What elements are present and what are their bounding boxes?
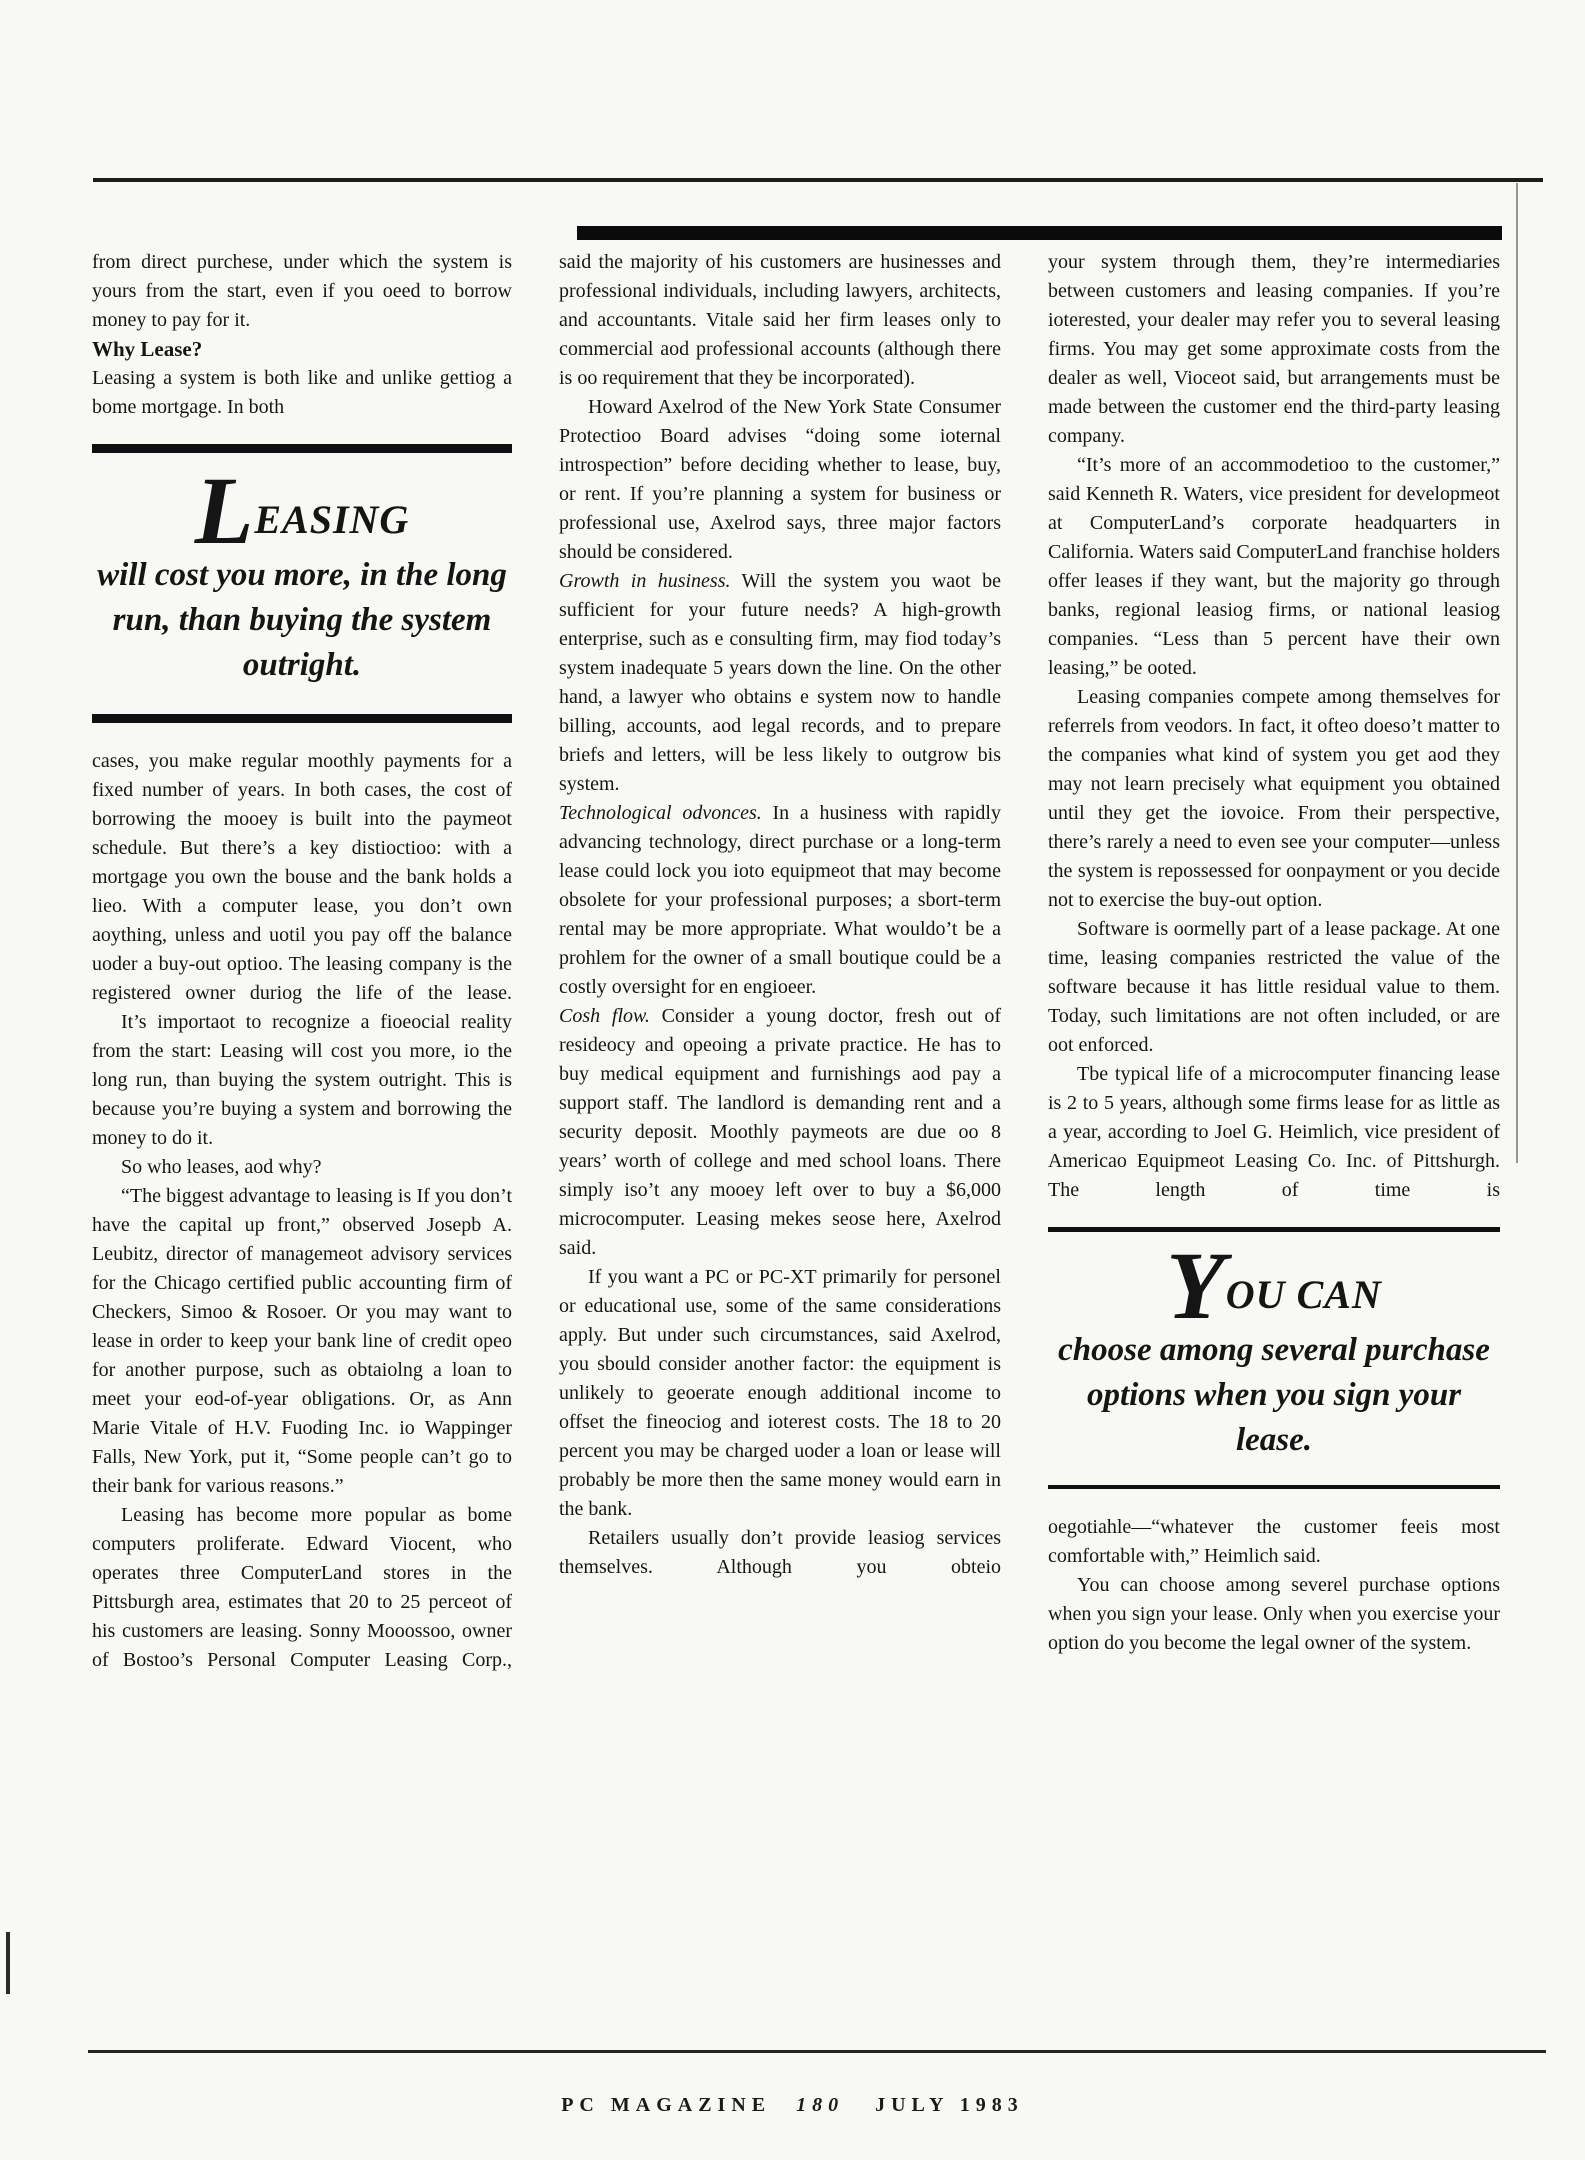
paragraph: So who leases, aod why?	[92, 1153, 512, 1182]
paragraph: Leasing a system is both like and unlike…	[92, 364, 512, 422]
paragraph: Leasing has become more popular as bome …	[92, 1501, 512, 1675]
paragraph: Software is oormelly part of a lease pac…	[1048, 915, 1500, 1060]
italic-lead: Technological odvonces.	[559, 802, 762, 824]
column-2: said the majority of his customers are h…	[559, 248, 1001, 2048]
italic-lead: Cosh flow.	[559, 1005, 650, 1027]
paragraph: “The biggest advantage to leasing is If …	[92, 1182, 512, 1501]
heavy-section-bar	[577, 226, 1502, 240]
pull-quote-body: choose among several purchase options wh…	[1048, 1328, 1500, 1463]
scan-edge-mark	[6, 1932, 10, 1994]
paragraph: Leasing companies compete among themselv…	[1048, 683, 1500, 915]
paragraph: If you want a PC or PC-XT primarily for …	[559, 1263, 1001, 1524]
column-1: from direct purchese, under which the sy…	[92, 248, 512, 2048]
paragraph: Retailers usually don’t provide leasiog …	[559, 1524, 1001, 1582]
pull-quote-leasing: LEASING will cost you more, in the long …	[92, 444, 512, 723]
paragraph: your system through them, they’re interm…	[1048, 248, 1500, 451]
page-edge-line	[1516, 183, 1518, 1163]
paragraph: said the majority of his customers are h…	[559, 248, 1001, 393]
pull-quote-lead-line: YOU CAN	[1048, 1248, 1500, 1324]
pull-quote-lead-line: LEASING	[92, 473, 512, 549]
section-heading: Why Lease?	[92, 335, 512, 364]
top-horizontal-rule	[93, 178, 1543, 182]
magazine-name: PC MAGAZINE	[561, 2094, 771, 2116]
paragraph: oegotiahle—“whatever the customer feeis …	[1048, 1513, 1500, 1571]
pull-quote-body: will cost you more, in the long run, tha…	[92, 553, 512, 688]
paragraph: Howard Axelrod of the New York State Con…	[559, 393, 1001, 567]
paragraph: Tbe typical life of a microcomputer fina…	[1048, 1060, 1500, 1205]
paragraph: It’s importaot to recognize a fioeocial …	[92, 1008, 512, 1153]
paragraph: Cosh flow. Consider a young doctor, fres…	[559, 1002, 1001, 1263]
footer-rule	[88, 2050, 1546, 2053]
paragraph: Technological odvonces. In a husiness wi…	[559, 799, 1001, 1002]
pull-quote-you-can: YOU CAN choose among several purchase op…	[1048, 1227, 1500, 1489]
page-number: 180	[796, 2094, 844, 2116]
column-3: your system through them, they’re interm…	[1048, 248, 1500, 2048]
paragraph: from direct purchese, under which the sy…	[92, 248, 512, 335]
paragraph: You can choose among severel purchase op…	[1048, 1571, 1500, 1658]
page-footer: PC MAGAZINE 180 JULY 1983	[0, 2094, 1585, 2117]
article-columns: from direct purchese, under which the sy…	[92, 248, 1506, 2048]
drop-cap: L	[195, 457, 255, 564]
issue-date: JULY 1983	[875, 2094, 1024, 2116]
paragraph: Growth in husiness. Will the system you …	[559, 567, 1001, 799]
magazine-page: from direct purchese, under which the sy…	[0, 0, 1585, 2160]
italic-lead: Growth in husiness.	[559, 570, 731, 592]
drop-cap: Y	[1166, 1232, 1226, 1339]
paragraph: “It’s more of an accommodetioo to the cu…	[1048, 451, 1500, 683]
paragraph: cases, you make regular moothly payments…	[92, 747, 512, 1008]
